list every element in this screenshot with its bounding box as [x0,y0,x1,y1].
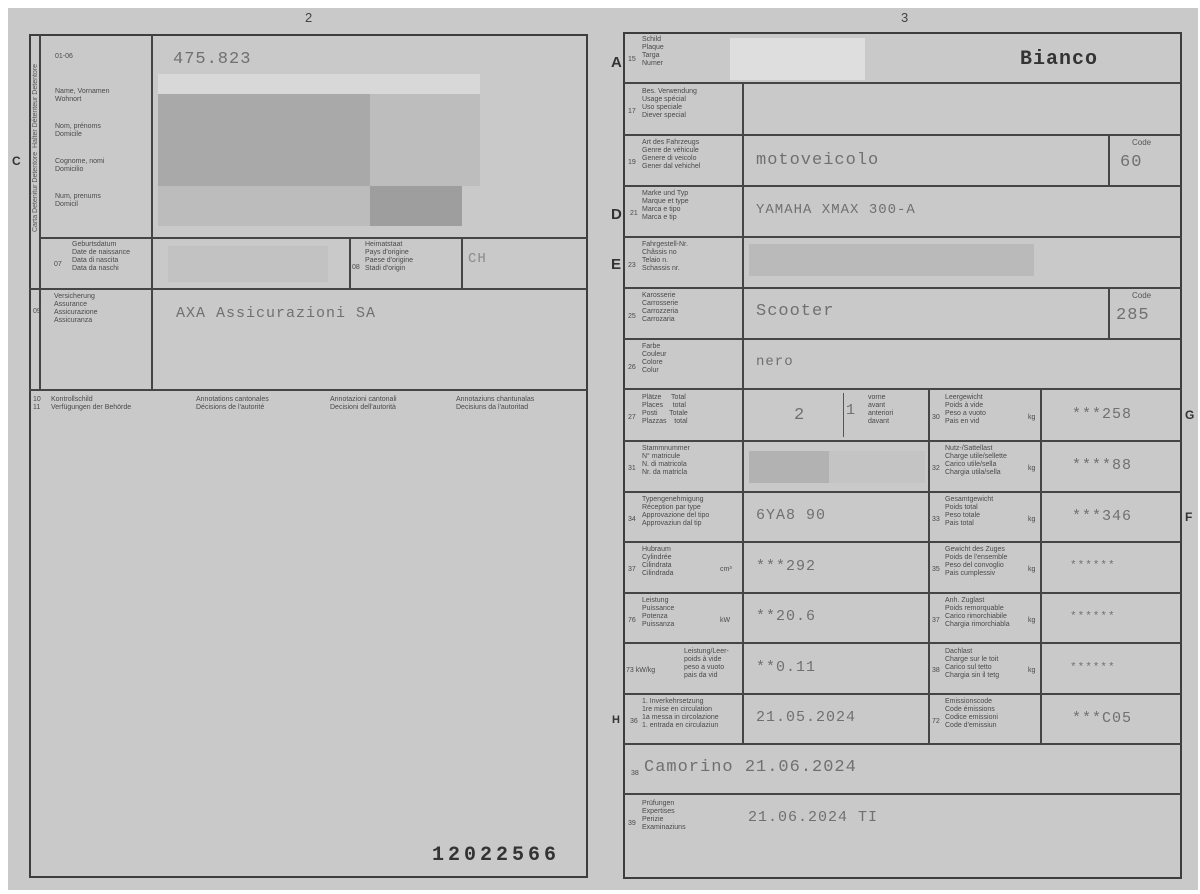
authority-nums: 10 11 [33,396,41,412]
page-number-right: 3 [901,10,908,25]
holder-label-it: Cognome, nomi Domicilio [55,158,104,174]
divider [624,793,1181,795]
field-19-code: 60 [1120,153,1142,172]
field-15-num: 15 [628,56,636,63]
document-number: 12022566 [432,844,560,867]
authority-label-it: Annotazioni cantonali Decisioni dell'aut… [330,396,397,412]
field-kwkg-label: Leistung/Leer- poids à vide peso a vuoto… [684,648,729,680]
field-37-label: Hubraum Cylindrée Cilindrata Cilindrada [642,546,674,578]
authority-label-fr: Annotations cantonales Décisions de l'au… [196,396,269,412]
field-09-label: Versicherung Assurance Assicurazione Ass… [54,293,98,325]
field-25-value: Scooter [756,302,834,321]
side-letter-h: H [612,714,620,726]
field-19-code-label: Code [1132,138,1151,147]
redacted-plate [730,38,865,80]
field-36-num: 36 [630,718,638,725]
field-35-num: 35 [932,566,940,573]
field-26-num: 26 [628,364,636,371]
field-15-label: Schild Plaque Targa Numer [642,36,664,68]
field-37b-num: 37 [932,617,940,624]
field-33-value: ***346 [1072,508,1132,525]
field-27-sub-label: vorne avant anteriori davant [868,394,893,426]
field-23-label: Fahrgestell-Nr. Châssis no Telaio n. Sch… [642,241,688,273]
field-72-label: Emissionscode Code émissions Codice emis… [945,698,998,730]
divider [624,287,1181,289]
side-letter-e: E [611,256,621,273]
divider [624,134,1181,136]
redacted-holder-address-b [370,94,480,186]
side-letter-a: A [611,54,622,71]
divider [349,238,351,288]
field-25-code-label: Code [1132,291,1151,300]
registration-document: 2 C Halter Détenteur Detentore Carta Det… [8,8,1198,890]
field-31-num: 31 [628,465,636,472]
field-19-label: Art des Fahrzeugs Genre de véhicule Gene… [642,139,700,171]
field-07-num: 07 [54,261,62,268]
holder-vertical-label: Halter Détenteur Detentore [32,64,39,148]
field-30-value: ***258 [1072,406,1132,423]
divider [624,693,1181,695]
field-19-num: 19 [628,159,636,166]
field-17-label: Bes. Verwendung Usage spécial Uso specia… [642,88,697,120]
field-39-num: 39 [628,820,636,827]
divider [624,541,1181,543]
field-34-value: 6YA8 90 [756,507,826,524]
divider [624,440,1181,442]
field-08-num: 08 [352,264,360,271]
side-letter-g: G [1185,408,1194,422]
holder-vertical-label: Carta Detenitur Detentore [32,152,39,232]
holder-label-rm: Num, prenums Domicil [55,193,101,209]
divider [1108,135,1110,185]
field-76-unit: kW [720,617,730,624]
field-33-unit: kg [1028,516,1035,523]
field-33-label: Gesamtgewicht Poids total Peso totale Pa… [945,496,993,528]
divider [624,642,1181,644]
field-09-value: AXA Assicurazioni SA [176,305,376,322]
redacted-chassis [749,244,1034,276]
field-32-num: 32 [932,465,940,472]
field-39-label: Prüfungen Expertises Perizie Examinaziun… [642,800,686,832]
field-08-label: Heimatstaat Pays d'origine Paese d'origi… [365,241,413,273]
field-37-value: ***292 [756,558,816,575]
redacted-holder-address [158,94,370,186]
field-21-value: YAMAHA XMAX 300-A [756,202,916,218]
redacted-holder-city [158,186,370,226]
field-26-value: nero [756,354,794,370]
field-17-num: 17 [628,108,636,115]
field-38-value: ****** [1070,662,1116,674]
field-01-value: 475.823 [173,50,251,69]
authority-label-rm: Annotaziuns chantunalas Decisiuns da l'a… [456,396,534,412]
field-30-unit: kg [1028,414,1035,421]
field-38-num: 38 [932,667,940,674]
field-38-label: Dachlast Charge sur le toit Carico sul t… [945,648,999,680]
field-76-value: **20.6 [756,608,816,625]
field-37b-label: Anh. Zuglast Poids remorquable Carico ri… [945,597,1010,629]
field-38b-num: 38 [631,770,639,777]
field-25-code: 285 [1116,306,1150,325]
field-31-label: Stammnummer N° matricule N. di matricola… [642,445,690,477]
divider [1040,389,1042,743]
field-21-num: 21 [630,210,638,217]
field-76-label: Leistung Puissance Potenza Puissanza [642,597,674,629]
divider [624,338,1181,340]
field-21-label: Marke und Typ Marque et type Marca e tip… [642,190,689,222]
field-38-unit: kg [1028,667,1035,674]
field-19-value: motoveicolo [756,151,879,170]
divider [39,237,587,239]
field-72-num: 72 [932,718,940,725]
field-37b-unit: kg [1028,617,1035,624]
field-25-num: 25 [628,313,636,320]
page-number-left: 2 [305,10,312,25]
field-39-value: 21.06.2024 TI [748,809,878,826]
field-35-value: ****** [1070,560,1116,572]
divider [624,491,1181,493]
redacted-matricule-b [829,451,925,483]
field-25-label: Karosserie Carrosserie Carrozzeria Carro… [642,292,678,324]
field-36-label: 1. Inverkehrsetzung 1re mise en circulat… [642,698,719,730]
field-26-label: Farbe Couleur Colore Colur [642,343,667,375]
divider [29,288,587,290]
field-38b-value: Camorino 21.06.2024 [644,758,857,777]
field-27-label: Plätze Total Places total Posti Totale P… [642,394,688,426]
field-35-unit: kg [1028,566,1035,573]
field-34-label: Typengenehmigung Réception par type Appr… [642,496,709,528]
field-30-label: Leergewicht Poids à vide Peso a vuoto Pa… [945,394,986,426]
field-32-value: ****88 [1072,457,1132,474]
redacted-holder-city-b [370,186,462,226]
divider [624,388,1181,390]
divider [624,185,1181,187]
divider [151,35,153,390]
field-37-unit: cm³ [720,566,732,573]
divider [624,236,1181,238]
authority-label-de: Kontrollschild Verfügungen der Behörde [51,396,131,412]
bracket [843,393,844,437]
field-08-value: CH [468,251,487,267]
redacted-birthdate [168,246,328,282]
divider [624,82,1181,84]
field-27-value: 2 [794,406,805,425]
field-23-num: 23 [628,262,636,269]
field-32-label: Nutz-/Sattellast Charge utile/sellette C… [945,445,1007,477]
field-35-label: Gewicht des Zuges Poids de l'ensemble Pe… [945,546,1007,578]
field-37b-value: ****** [1070,611,1116,623]
side-letter-d: D [611,206,622,223]
redacted-matricule [749,451,829,483]
field-09-num: 09 [33,308,41,315]
field-30-num: 30 [932,414,940,421]
divider [29,389,587,391]
redacted-holder-name [158,74,480,94]
field-33-num: 33 [932,516,940,523]
field-27-sub-value: 1 [846,402,856,419]
field-15-value: Bianco [1020,48,1098,71]
field-kwkg-value: **0.11 [756,659,816,676]
divider [624,743,1181,745]
side-letter-c: C [12,154,21,168]
divider [928,389,930,743]
field-27-num: 27 [628,414,636,421]
holder-label-fr: Nom, prénoms Domicile [55,123,101,139]
field-32-unit: kg [1028,465,1035,472]
side-letter-f: F [1185,510,1192,524]
holder-label-de: Name, Vornamen Wohnort [55,88,109,104]
divider [624,592,1181,594]
field-01-label: 01-06 [55,53,73,61]
field-72-value: ***C05 [1072,710,1132,727]
field-37-num: 37 [628,566,636,573]
field-36-value: 21.05.2024 [756,709,856,726]
field-76-num: 76 [628,617,636,624]
field-34-num: 34 [628,516,636,523]
divider [1108,288,1110,338]
field-kwkg-num: 73 kW/kg [626,667,655,674]
divider [39,35,41,390]
divider [742,83,744,743]
field-07-label: Geburtsdatum Date de naissance Data di n… [72,241,130,273]
divider [461,238,463,288]
